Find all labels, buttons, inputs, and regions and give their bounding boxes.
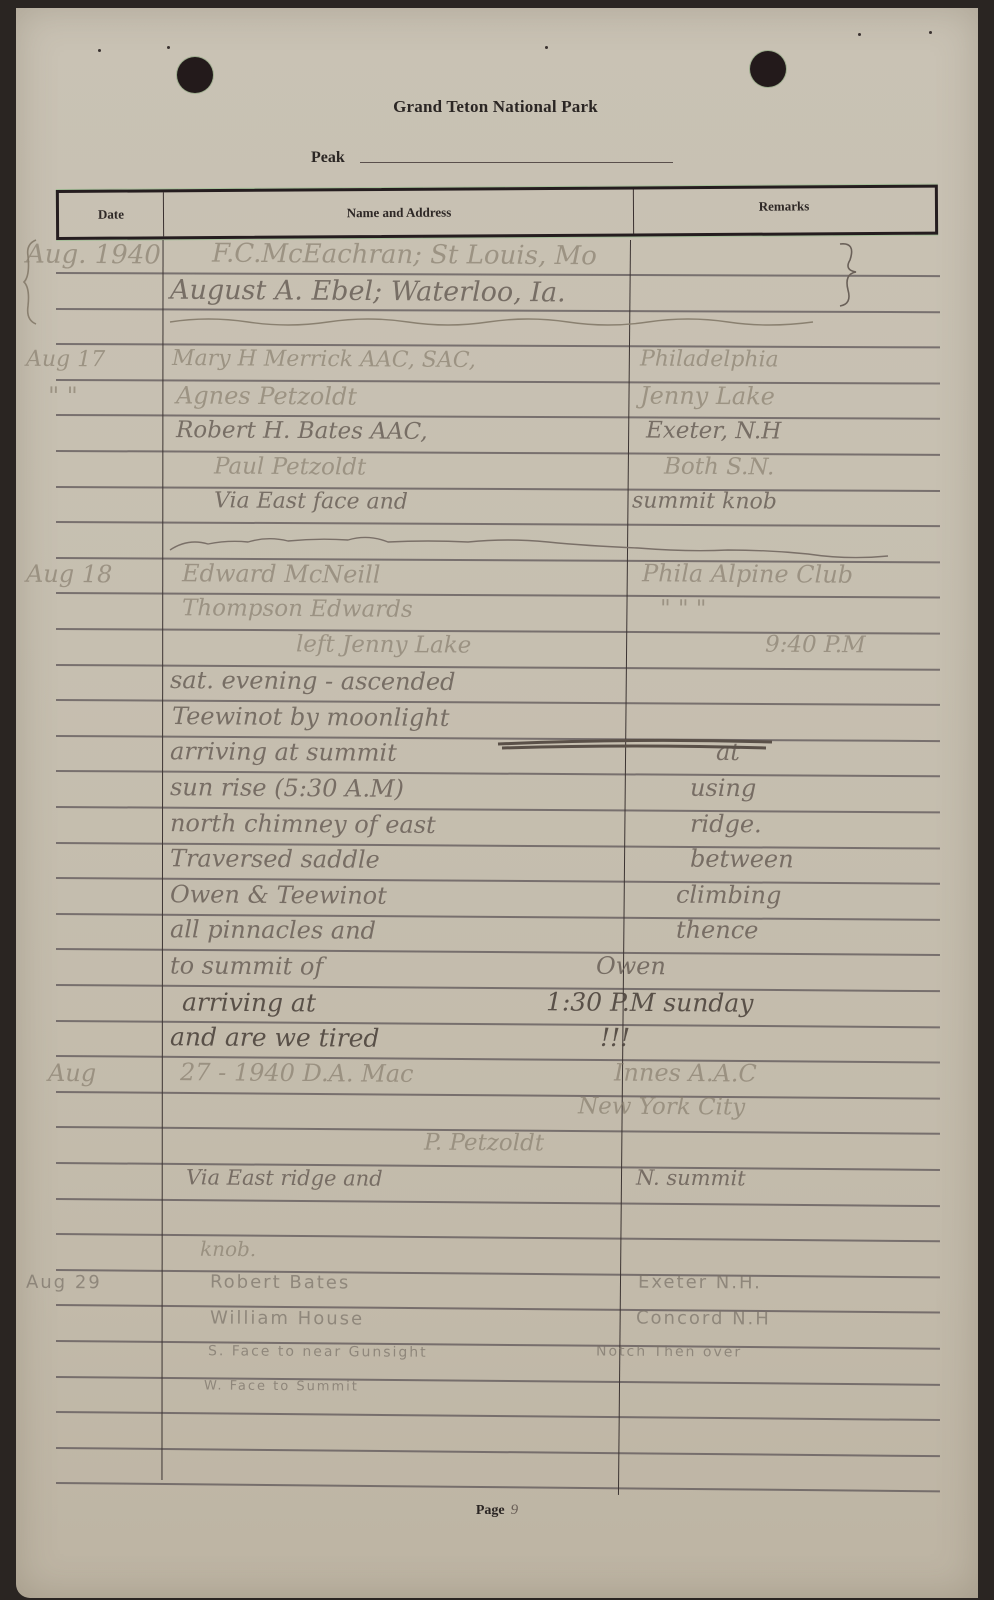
peak-label: Peak [311, 149, 345, 167]
page-number: Page9 [0, 1502, 994, 1519]
entry-name-address: sun rise (5:30 A.M) [170, 773, 404, 803]
entry-date: Aug 18 [26, 560, 113, 589]
wavy-line [168, 312, 818, 332]
entry-name-address: Thompson Edwards [182, 595, 413, 623]
entry-remarks: climbing [676, 880, 782, 909]
entry-remarks: Exeter, N.H [646, 418, 782, 445]
entry-remarks: 9:40 P.M [765, 631, 866, 658]
entry-name-address: Paul Petzoldt [214, 453, 366, 480]
entry-name-address: arriving at [182, 987, 316, 1017]
entry-name-address: F.C.McEachran; St Louis, Mo [212, 239, 597, 272]
bracket-mark [20, 236, 40, 326]
entry-name-address: Mary H Merrick AAC, SAC, [172, 346, 476, 373]
entry-name-address: S. Face to near Gunsight [208, 1343, 428, 1361]
entry-name-address: and are we tired [170, 1022, 380, 1052]
column-header-remarks: Remarks [634, 188, 934, 234]
entry-name-address: north chimney of east [170, 809, 436, 839]
entry-name-address: arriving at summit [170, 738, 397, 768]
page-number-value: 9 [511, 1502, 519, 1518]
entry-name-address: Agnes Petzoldt [176, 382, 357, 411]
entry-date: Aug 17 [26, 347, 105, 373]
entry-name-address: Teewinot by moonlight [172, 702, 450, 732]
peak-field[interactable] [360, 162, 673, 163]
table-header: Date Name and Address Remarks [56, 185, 938, 240]
entry-remarks: summit knob [632, 489, 777, 515]
entry-date: Aug. 1940 [26, 240, 161, 271]
entry-name-address: knob. [200, 1237, 256, 1261]
underline-mark [496, 736, 776, 756]
entry-name-address: all pinnacles and [170, 916, 376, 945]
entry-name-address: W. Face to Summit [204, 1379, 359, 1395]
entry-date: Aug 29 [26, 1272, 102, 1294]
entry-name-address: William House [210, 1307, 364, 1329]
entry-remarks: Exeter N.H. [638, 1272, 762, 1294]
entry-remarks: Notch Then over [596, 1343, 742, 1360]
entry-date: Aug [48, 1059, 96, 1087]
entry-remarks: New York City [578, 1094, 745, 1121]
entry-name-address: August A. Ebel; Waterloo, Ia. [170, 274, 566, 308]
pin-mark [858, 33, 861, 36]
entry-remarks: Jenny Lake [640, 382, 775, 411]
entry-remarks: " " " [660, 596, 707, 622]
entry-remarks: ridge. [690, 809, 762, 838]
entry-name-address: Via East face and [214, 489, 408, 515]
entry-remarks: N. summit [636, 1165, 746, 1190]
pin-mark [545, 46, 548, 49]
entry-remarks: 1:30 P.M sunday [546, 987, 754, 1017]
entry-date: " " [48, 382, 78, 410]
pin-mark [98, 49, 101, 52]
entry-remarks: Owen [596, 952, 666, 980]
column-header-date: Date [59, 192, 163, 237]
entry-remarks: using [690, 774, 756, 802]
entry-name-address: to summit of [170, 951, 323, 980]
wavy-line [168, 528, 918, 568]
column-header-name-address: Name and Address [164, 189, 634, 236]
entry-name-address: P. Petzoldt [424, 1130, 544, 1157]
punch-hole-right [750, 51, 786, 87]
page-label: Page [476, 1503, 505, 1518]
entry-name-address: Via East ridge and [186, 1165, 383, 1190]
entry-name-address: Robert Bates [210, 1272, 350, 1294]
entry-remarks: Philadelphia [640, 346, 779, 372]
form-title: Grand Teton National Park [0, 97, 994, 117]
entry-remarks: Innes A.A.C [614, 1058, 757, 1087]
entry-remarks: between [690, 845, 794, 874]
entry-name-address: sat. evening - ascended [170, 666, 456, 696]
entry-name-address: Traversed saddle [170, 844, 380, 873]
entry-remarks: !!! [600, 1023, 630, 1052]
entry-remarks: Both S.N. [664, 453, 775, 480]
pin-mark [167, 46, 170, 49]
entry-remarks: Concord N.H [636, 1308, 771, 1330]
entry-name-address: left Jenny Lake [296, 631, 472, 658]
punch-hole-left [177, 57, 213, 93]
entry-name-address: 27 - 1940 D.A. Mac [180, 1058, 414, 1088]
entry-name-address: Robert H. Bates AAC, [176, 417, 428, 445]
brace-mark [836, 240, 866, 310]
entry-remarks: thence [676, 916, 759, 945]
pin-mark [929, 31, 932, 34]
entry-name-address: Owen & Teewinot [170, 880, 387, 910]
